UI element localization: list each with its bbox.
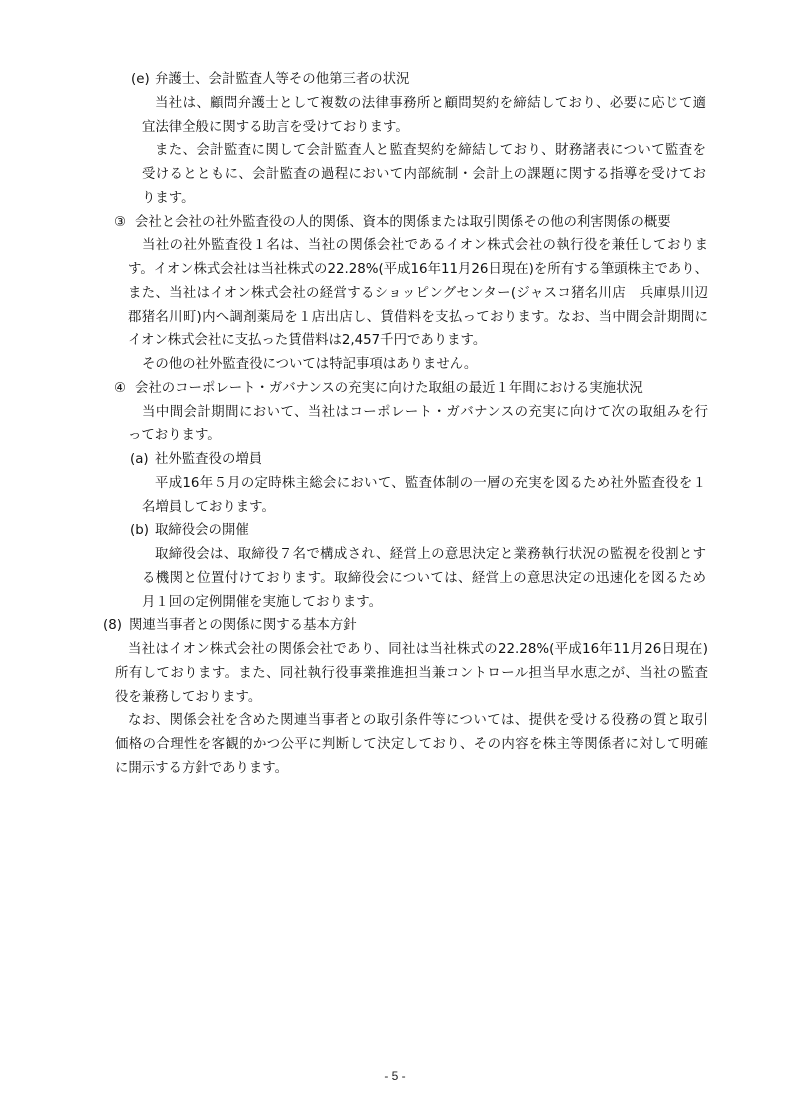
paragraph-line: 当社は、顧問弁護士として複数の法律事務所と顧問契約を締結しており、必要に応じて適 xyxy=(155,92,706,116)
paragraph-line: 所有しております。また、同社執行役事業推進担当兼コントロール担当早水恵之が、当社… xyxy=(115,662,708,686)
subsection-label: (b) xyxy=(130,519,149,543)
section-title: 関連当事者との関係に関する基本方針 xyxy=(129,614,357,638)
paragraph-line: に開示する方針であります。 xyxy=(115,757,790,781)
paragraph-line: ります。 xyxy=(142,187,790,211)
section-label: ④ xyxy=(114,377,126,401)
section-heading-4: ④ 会社のコーポレート・ガバナンスの充実に向けた取組の最近１年間における実施状況 xyxy=(0,377,790,401)
document-page: (e) 弁護士、会計監査人等その他第三者の状況 当社は、顧問弁護士として複数の法… xyxy=(0,0,790,1118)
paragraph-line: 月１回の定例開催を実施しております。 xyxy=(142,591,790,615)
section-title: 弁護士、会計監査人等その他第三者の状況 xyxy=(155,68,409,92)
paragraph-line: 受けるとともに、会計監査の過程において内部統制・会計上の課題に関する指導を受けて… xyxy=(142,163,706,187)
page-number: - 5 - xyxy=(0,1069,790,1083)
subsection-heading-a: (a) 社外監査役の増員 xyxy=(0,448,790,472)
section-heading-8: (8) 関連当事者との関係に関する基本方針 xyxy=(0,614,790,638)
section-label: (e) xyxy=(131,68,150,92)
paragraph-line: 宜法律全般に関する助言を受けております。 xyxy=(142,116,790,140)
paragraph-line: その他の社外監査役については特記事項はありません。 xyxy=(142,353,790,377)
subsection-title: 取締役会の開催 xyxy=(155,519,249,543)
paragraph-line: 役を兼務しております。 xyxy=(115,686,790,710)
paragraph-line: イオン株式会社に支払った賃借料は2,457千円であります。 xyxy=(128,329,790,353)
paragraph-line: 当社の社外監査役１名は、当社の関係会社であるイオン株式会社の執行役を兼任しており… xyxy=(142,234,708,258)
paragraph-line: る機関と位置付けております。取締役会については、経営上の意思決定の迅速化を図るた… xyxy=(142,567,706,591)
paragraph-line: 当中間会計期間において、当社はコーポレート・ガバナンスの充実に向けて次の取組みを… xyxy=(142,401,708,425)
paragraph-line: なお、関係会社を含めた関連当事者との取引条件等については、提供を受ける役務の質と… xyxy=(128,709,708,733)
subsection-label: (a) xyxy=(130,448,149,472)
section-title: 会社と会社の社外監査役の人的関係、資本的関係または取引関係その他の利害関係の概要 xyxy=(135,211,671,235)
section-label: ③ xyxy=(114,211,126,235)
paragraph-line: 取締役会は、取締役７名で構成され、経営上の意思決定と業務執行状況の監視を役割とす xyxy=(155,543,706,567)
paragraph-line: 名増員しております。 xyxy=(142,496,790,520)
section-heading-e: (e) 弁護士、会計監査人等その他第三者の状況 xyxy=(0,68,790,92)
paragraph-line: っております。 xyxy=(128,424,790,448)
paragraph-line: す。イオン株式会社は当社株式の22.28%(平成16年11月26日現在)を所有す… xyxy=(128,258,708,282)
subsection-heading-b: (b) 取締役会の開催 xyxy=(0,519,790,543)
paragraph-line: 平成16年５月の定時株主総会において、監査体制の一層の充実を図るため社外監査役を… xyxy=(155,472,706,496)
section-heading-3: ③ 会社と会社の社外監査役の人的関係、資本的関係または取引関係その他の利害関係の… xyxy=(0,211,790,235)
subsection-title: 社外監査役の増員 xyxy=(155,448,262,472)
paragraph-line: また、当社はイオン株式会社の経営するショッピングセンター(ジャスコ猪名川店 兵庫… xyxy=(128,282,708,306)
document-body: (e) 弁護士、会計監査人等その他第三者の状況 当社は、顧問弁護士として複数の法… xyxy=(0,68,790,781)
paragraph-line: 当社はイオン株式会社の関係会社であり、同社は当社株式の22.28%(平成16年1… xyxy=(128,638,708,662)
section-label: (8) xyxy=(103,614,122,638)
paragraph-line: また、会計監査に関して会計監査人と監査契約を締結しており、財務諸表について監査を xyxy=(155,139,706,163)
paragraph-line: 価格の合理性を客観的かつ公平に判断して決定しており、その内容を株主等関係者に対し… xyxy=(115,733,708,757)
section-title: 会社のコーポレート・ガバナンスの充実に向けた取組の最近１年間における実施状況 xyxy=(135,377,643,401)
paragraph-line: 郡猪名川町)内へ調剤薬局を１店出店し、賃借料を支払っております。なお、当中間会計… xyxy=(128,306,708,330)
